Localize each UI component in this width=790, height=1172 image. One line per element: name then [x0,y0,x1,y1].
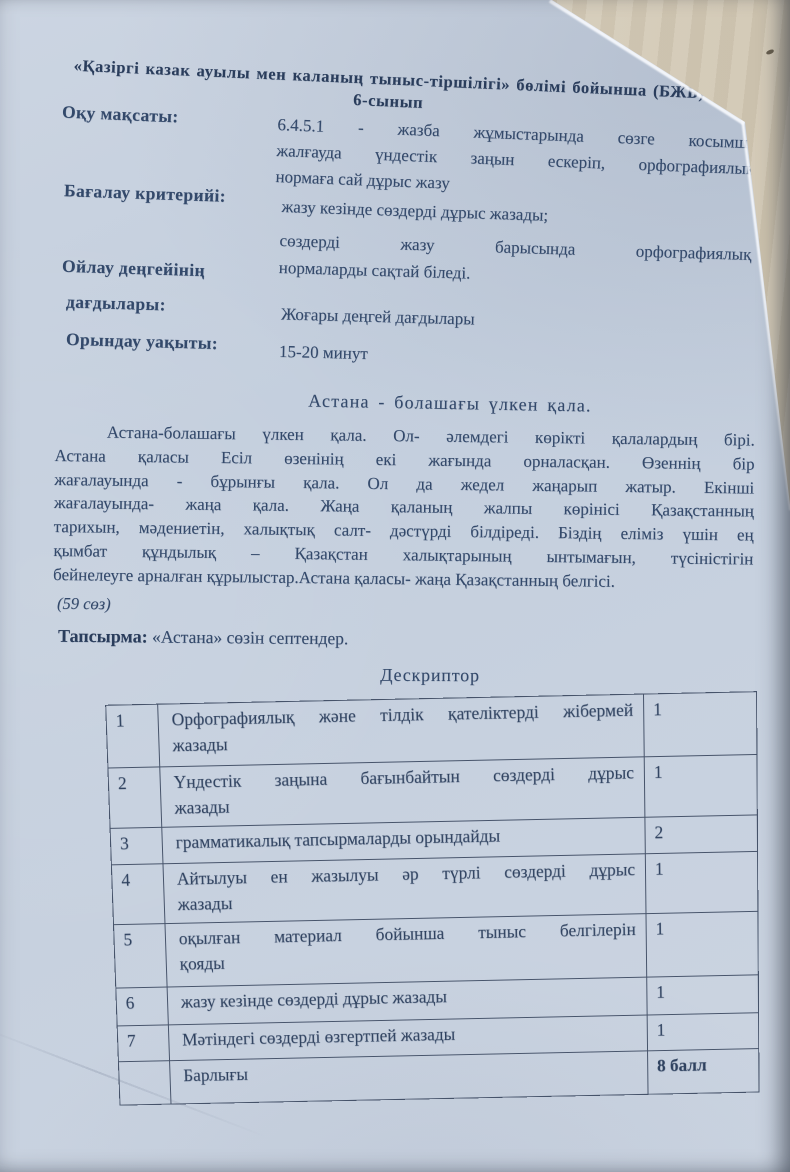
row-score-cell: 1 [645,755,757,817]
row-number-cell: 2 [108,767,162,827]
photo-scene: { "colors": { "paper": "#c7d1df", "desk"… [0,0,790,1172]
assessment-criteria-label: Бағалау критерийі: [64,180,227,207]
task-label: Тапсырма: [58,626,148,647]
row-number-cell: 1 [106,705,160,768]
criteria-value-2: сөздерді жазу барысында орфографиялық но… [278,227,751,295]
row-text-cell: Барлығы [170,1051,648,1103]
task-line: Тапсырма: «Астана» сөзін септендер. [58,626,348,650]
row-number-cell: 4 [112,864,166,924]
row-score-cell: 1 [647,975,758,1014]
row-score-cell: 1 [648,1013,759,1050]
row-score-cell: 1 [644,692,756,756]
paper-sheet: «Қазіргі казак ауылы мен каланың тыныс-т… [0,0,790,1172]
row-text-cell: Үндестік заңына бағынбайтын сөздерді дұр… [160,757,645,826]
task-text: «Астана» сөзін септендер. [152,627,348,649]
table-row: 5 оқылған материал бойынша тыныс белгіле… [114,911,758,988]
duration-value: 15-20 минут [279,339,368,367]
body-paragraph: Астана-болашағы үлкен қала. Ол- әлемдегі… [53,420,755,595]
passage-heading: Астана - болашағы үлкен қала. [150,388,750,419]
thinking-skills-label-line2: дағдылары: [66,292,166,316]
study-goal-label: Оқу мақсаты: [62,102,179,128]
descriptor-table-wrapper: 1 Орфографиялық және тілдік қателіктерді… [105,691,759,1105]
row-score-cell: 1 [646,912,757,977]
row-score-cell: 1 [646,852,758,913]
row-text-cell: Айтылуы ен жазылуы әр түрлі сөздерді дұр… [163,854,646,923]
row-number-cell: 7 [118,1025,170,1061]
descriptor-table: 1 Орфографиялық және тілдік қателіктерді… [105,691,759,1105]
thinking-skills-value: Жоғары деңгей дағдылары [281,301,475,332]
row-number-cell: 3 [111,828,164,865]
row-number-cell: 5 [114,924,168,987]
thinking-skills-label-line1: Ойлау деңгейінің [62,256,206,281]
duration-label: Орындау уақыты: [66,329,219,354]
row-number-cell: 6 [116,987,169,1025]
row-score-cell: 2 [645,815,757,853]
row-text-cell: оқылған материал бойынша тыныс белгілері… [165,914,647,986]
descriptor-title: Дескриптор [130,663,730,687]
speck-on-desk [766,49,775,55]
row-text-cell: Орфографиялық және тілдік қателіктерді ж… [158,695,645,767]
word-count: (59 сөз) [57,594,111,615]
study-goal-value: 6.4.5.1 - жазба жұмыстарында сөзге косым… [275,112,756,208]
row-score-cell: 8 балл [648,1049,758,1094]
